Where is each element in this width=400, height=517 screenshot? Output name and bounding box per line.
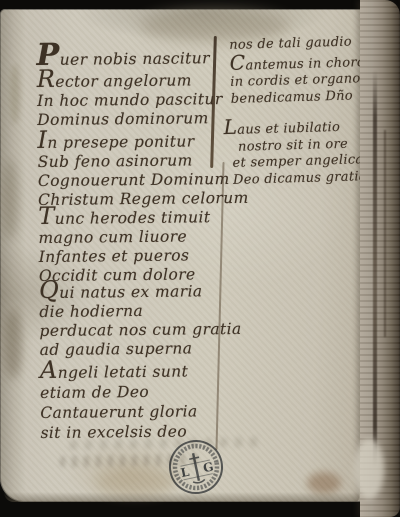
- verse-line: magno cum liuore: [38, 227, 238, 248]
- verse-line: Qui natus ex maria: [39, 279, 239, 303]
- page-stain: [307, 472, 341, 494]
- left-text-column: Puer nobis nascitur Rector angelorum In …: [36, 0, 236, 1]
- stanza: Qui natus ex maria die hodierna perducat…: [39, 279, 240, 360]
- right-text-column: nos de tali gaudio Cantemus in choro in …: [228, 0, 368, 2]
- photo-background: Puer nobis nascitur Rector angelorum In …: [0, 0, 400, 517]
- book-fore-edge: [360, 0, 400, 517]
- library-stamp: L G: [160, 431, 231, 502]
- stanza: Tunc herodes timuit magno cum liuore Inf…: [38, 205, 239, 286]
- verse-line: Sub feno asinorum: [38, 151, 238, 172]
- verse-line: Cognouerunt Dominum: [38, 170, 238, 191]
- stanza: Angeli letati sunt etiam de Deo Cantauer…: [40, 359, 241, 443]
- verse-line: perducat nos cum gratia: [39, 320, 239, 341]
- stanza: In presepe ponitur Sub feno asinorum Cog…: [37, 129, 238, 210]
- verse-line: Cantauerunt gloria: [40, 401, 240, 423]
- verse-line: Rector angelorum: [37, 68, 237, 92]
- gutter-stain: [4, 309, 22, 379]
- fore-edge-crack: [384, 130, 386, 337]
- fore-edge-crack: [373, 70, 377, 467]
- stanza: Laus et iubilatio nostro sit in ore et s…: [231, 115, 373, 189]
- verse-line: ad gaudia superna: [40, 339, 240, 360]
- verse-line: Angeli letati sunt: [40, 359, 240, 383]
- stanza: nos de tali gaudio Cantemus in choro in …: [229, 34, 371, 108]
- gutter-stain: [10, 64, 20, 124]
- torn-paper-edge: [354, 439, 384, 499]
- verse-line: In presepe ponitur: [37, 129, 237, 153]
- verse-line: Dominus dominorum: [37, 109, 237, 130]
- gutter-stain: [2, 159, 18, 239]
- verse-line: Tunc herodes timuit: [38, 205, 238, 229]
- stamp-letter-l: L: [179, 465, 191, 481]
- verse-line: Infantes et pueros: [39, 246, 239, 267]
- verse-line: In hoc mundo pascitur: [37, 90, 237, 111]
- verse-line: die hodierna: [39, 301, 239, 322]
- library-stamp-graphic: L G: [160, 431, 231, 502]
- verse-line: Puer nobis nascitur: [36, 43, 236, 70]
- stamp-letter-g: G: [202, 460, 215, 476]
- verse-line: etiam de Deo: [40, 381, 240, 403]
- stanza: Puer nobis nascitur Rector angelorum In …: [36, 43, 237, 130]
